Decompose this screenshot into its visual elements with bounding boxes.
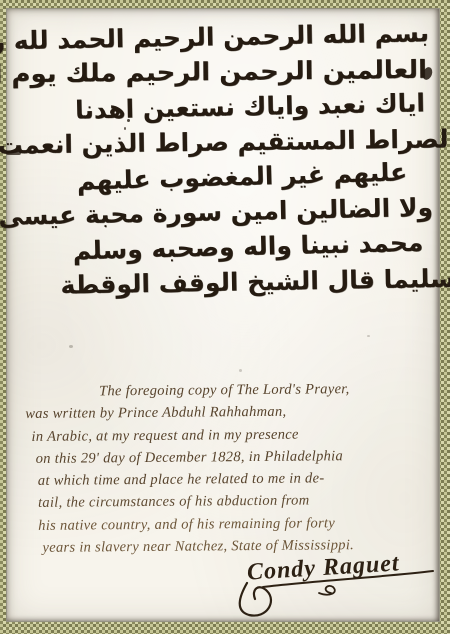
arabic-line: تسليما قال الشيخ الوقف الوقطة (67, 261, 450, 303)
ink-smudge (6, 151, 21, 155)
arabic-line: بسم الله الرحمن الرحيم الحمد لله رب (31, 15, 430, 58)
document-paper: بسم الله الرحمن الرحيم الحمد لله رب العا… (6, 8, 440, 622)
english-note-block: The foregoing copy of The Lord's Prayer,… (25, 377, 431, 559)
document-frame: بسم الله الرحمن الرحيم الحمد لله رب العا… (0, 0, 450, 634)
arabic-line: العالمين الرحمن الرحيم ملك يوم الدين (13, 52, 427, 91)
paper-speck (367, 335, 370, 337)
ink-smudge (127, 119, 130, 122)
paper-speck (239, 369, 242, 372)
signature: Condy Raguet (233, 553, 443, 627)
ink-smudge (124, 127, 126, 130)
paper-speck (69, 345, 73, 348)
english-line: The foregoing copy of The Lord's Prayer, (99, 377, 429, 402)
arabic-text-block: بسم الله الرحمن الرحيم الحمد لله رب العا… (25, 19, 423, 299)
